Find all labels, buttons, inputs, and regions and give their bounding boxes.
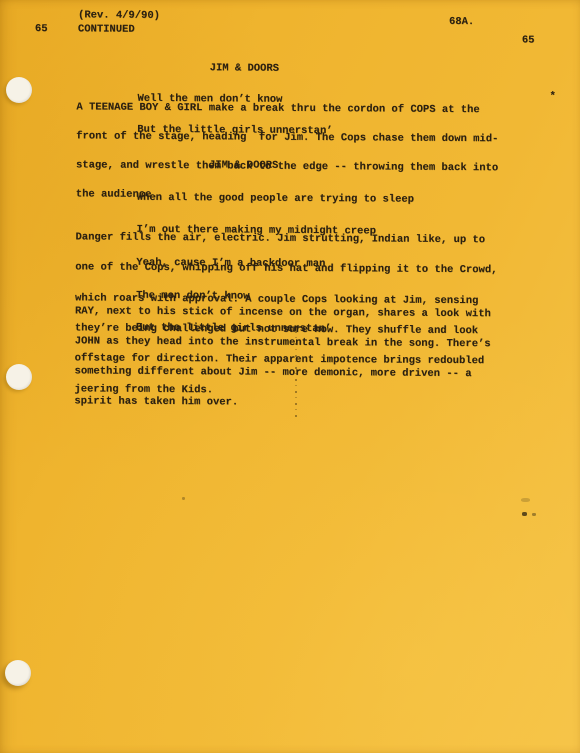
scene-number-right: 65 [522,34,535,46]
page-number: 68A. [449,16,474,28]
paper-speck [532,513,536,516]
typewritten-text-layer: (Rev. 4/9/90) 68A. 65 CONTINUED 65 JIM &… [0,0,580,753]
action-line: one of the Cops, whipping off his hat an… [75,263,497,276]
dialogue-line: When all the good people are trying to s… [137,192,414,205]
continued-note: CONTINUED [78,23,135,35]
revision-note: (Rev. 4/9/90) [78,9,160,22]
paper-crease-line [295,331,297,419]
action-line: RAY, next to his stick of incense on the… [75,306,491,319]
hole-punch-middle [6,364,32,390]
hole-punch-top [6,77,32,103]
action-line: JOHN as they head into the instrumental … [75,336,491,349]
hole-punch-bottom [5,660,31,686]
character-name: JIM & DOORS [137,160,414,173]
paper-speck [522,512,527,516]
scene-number-left: 65 [35,23,48,35]
action-line: something different about Jim -- more de… [75,366,491,379]
action-line: spirit has taken him over. [74,396,490,409]
screenplay-page: (Rev. 4/9/90) 68A. 65 CONTINUED 65 JIM &… [0,0,580,753]
action-paragraph: RAY, next to his stick of incense on the… [74,286,491,429]
paper-speck [182,497,185,500]
action-line: A TEENAGE BOY & GIRL make a break thru t… [76,104,498,117]
action-line: Danger fills the air, electric. Jim stru… [75,233,497,246]
paper-speck [521,498,530,502]
character-name: JIM & DOORS [138,63,333,75]
revision-asterisk: * [549,91,555,103]
